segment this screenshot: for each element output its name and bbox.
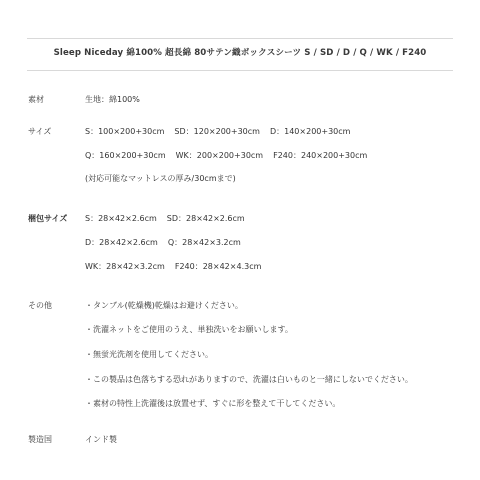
- care-note-3: ・無蛍光洗剤を使用してください。: [85, 349, 213, 360]
- spec-value-origin: インド製: [85, 434, 117, 445]
- package-line-3: WK：28×42×3.2cmF240：28×42×4.3cm: [85, 261, 261, 272]
- spec-label-other: その他: [28, 300, 52, 311]
- package-f240: F240：28×42×4.3cm: [175, 262, 262, 271]
- care-note-2: ・洗濯ネットをご使用のうえ、単独洗いをお願いします。: [85, 324, 293, 335]
- size-d: D：140×200+30cm: [270, 127, 350, 136]
- size-note: (対応可能なマットレスの厚み/30cmまで): [85, 173, 236, 184]
- size-line-2: Q：160×200+30cmWK：200×200+30cmF240：240×20…: [85, 150, 367, 161]
- size-f240: F240：240×200+30cm: [273, 151, 367, 160]
- spec-label-package-size: 梱包サイズ: [28, 213, 67, 224]
- package-wk: WK：28×42×3.2cm: [85, 262, 165, 271]
- package-sd: SD：28×42×2.6cm: [167, 214, 245, 223]
- care-note-4: ・この製品は色落ちする恐れがありますので、洗濯は白いものと一緒にしないでください…: [85, 374, 413, 385]
- package-q: Q：28×42×3.2cm: [168, 238, 241, 247]
- package-line-1: S：28×42×2.6cmSD：28×42×2.6cm: [85, 213, 245, 224]
- size-q: Q：160×200+30cm: [85, 151, 166, 160]
- size-line-1: S：100×200+30cmSD：120×200+30cmD：140×200+3…: [85, 126, 350, 137]
- package-line-2: D：28×42×2.6cmQ：28×42×3.2cm: [85, 237, 241, 248]
- size-wk: WK：200×200+30cm: [176, 151, 263, 160]
- spec-label-size: サイズ: [28, 126, 51, 137]
- care-note-1: ・タンブル(乾燥機)乾燥はお避けください。: [85, 300, 243, 311]
- spec-label-origin: 製造国: [28, 434, 52, 445]
- package-d: D：28×42×2.6cm: [85, 238, 158, 247]
- title-bottom-divider: [27, 70, 453, 71]
- care-note-5: ・素材の特性上洗濯後は放置せず、すぐに形を整えて干してください。: [85, 398, 340, 409]
- title-top-divider: [27, 38, 453, 39]
- package-s: S：28×42×2.6cm: [85, 214, 157, 223]
- product-title: Sleep Niceday 綿100% 超長綿 80サテン織ボックスシーツ S …: [0, 46, 480, 58]
- spec-label-material: 素材: [28, 94, 44, 105]
- size-s: S：100×200+30cm: [85, 127, 164, 136]
- size-sd: SD：120×200+30cm: [174, 127, 260, 136]
- spec-value-material: 生地：綿100%: [85, 94, 140, 105]
